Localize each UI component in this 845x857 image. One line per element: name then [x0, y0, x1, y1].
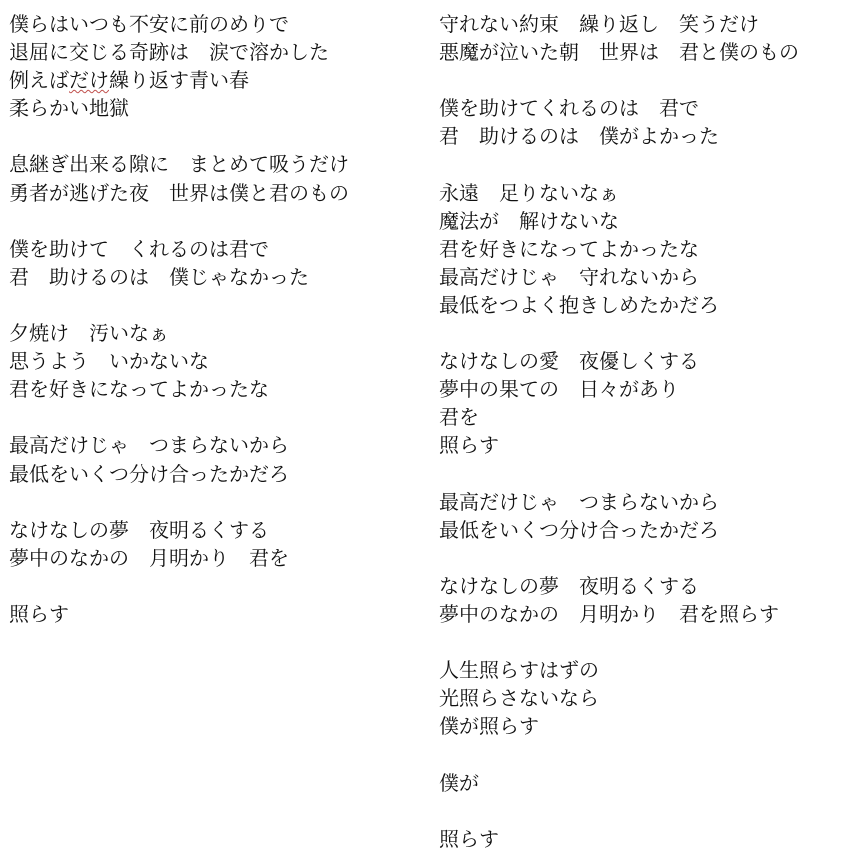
lyric-line: 夢中のなかの 月明かり 君を: [9, 544, 419, 572]
blank-line: [439, 544, 839, 572]
lyric-line: 退屈に交じる奇跡は 涙で溶かした: [9, 38, 419, 66]
blank-line: [9, 488, 419, 516]
lyric-line: 最低をいくつ分け合ったかだろ: [439, 516, 839, 544]
blank-line: [439, 150, 839, 178]
blank-line: [9, 403, 419, 431]
lyric-line: 照らす: [439, 825, 839, 853]
lyric-line: 僕が: [439, 769, 839, 797]
lyrics-right-column: 守れない約束 繰り返し 笑うだけ 悪魔が泣いた朝 世界は 君と僕のもの 僕を助け…: [439, 10, 839, 853]
lyric-line: 君を好きになってよかったな: [439, 235, 839, 263]
blank-line: [9, 122, 419, 150]
lyric-line: 守れない約束 繰り返し 笑うだけ: [439, 10, 839, 38]
lyric-line: なけなしの夢 夜明るくする: [439, 572, 839, 600]
blank-line: [439, 319, 839, 347]
lyric-line: 勇者が逃げた夜 世界は僕と君のもの: [9, 179, 419, 207]
blank-line: [439, 740, 839, 768]
lyric-line: 照らす: [9, 600, 419, 628]
lyric-line: 夢中のなかの 月明かり 君を照らす: [439, 600, 839, 628]
blank-line: [439, 797, 839, 825]
lyric-line: 人生照らすはずの: [439, 656, 839, 684]
lyric-line: 最低をつよく抱きしめたかだろ: [439, 291, 839, 319]
spellcheck-underlined-word[interactable]: だけ: [69, 68, 109, 92]
lyric-line: 光照らさないなら: [439, 684, 839, 712]
lyric-line: 夢中の果ての 日々があり: [439, 375, 839, 403]
lyric-line: 最高だけじゃ 守れないから: [439, 263, 839, 291]
blank-line: [439, 460, 839, 488]
lyric-line-with-spellcheck: 例えばだけ繰り返す青い春: [9, 66, 419, 94]
blank-line: [9, 572, 419, 600]
lyric-line: 君 助けるのは 僕じゃなかった: [9, 263, 419, 291]
lyric-line: 魔法が 解けないな: [439, 207, 839, 235]
lyric-line: なけなしの愛 夜優しくする: [439, 347, 839, 375]
lyric-line: 永遠 足りないなぁ: [439, 179, 839, 207]
lyric-line: 君を好きになってよかったな: [9, 375, 419, 403]
blank-line: [439, 628, 839, 656]
lyric-line: 僕が照らす: [439, 712, 839, 740]
lyric-segment: 例えば: [9, 68, 69, 92]
lyric-line: 君 助けるのは 僕がよかった: [439, 122, 839, 150]
lyric-line: 息継ぎ出来る隙に まとめて吸うだけ: [9, 150, 419, 178]
blank-line: [9, 291, 419, 319]
lyric-segment: 繰り返す青い春: [109, 68, 249, 92]
blank-line: [439, 66, 839, 94]
lyric-line: 僕を助けて くれるのは君で: [9, 235, 419, 263]
lyric-line: 照らす: [439, 431, 839, 459]
lyric-line: 僕を助けてくれるのは 君で: [439, 94, 839, 122]
lyric-line: 夕焼け 汚いなぁ: [9, 319, 419, 347]
lyric-line: 僕らはいつも不安に前のめりで: [9, 10, 419, 38]
lyric-line: 思うよう いかないな: [9, 347, 419, 375]
lyric-line: なけなしの夢 夜明るくする: [9, 516, 419, 544]
lyric-line: 最高だけじゃ つまらないから: [439, 488, 839, 516]
lyric-line: 悪魔が泣いた朝 世界は 君と僕のもの: [439, 38, 839, 66]
blank-line: [9, 207, 419, 235]
lyrics-left-column: 僕らはいつも不安に前のめりで 退屈に交じる奇跡は 涙で溶かした 例えばだけ繰り返…: [9, 10, 419, 628]
lyric-line: 君を: [439, 403, 839, 431]
lyric-line: 柔らかい地獄: [9, 94, 419, 122]
lyric-line: 最高だけじゃ つまらないから: [9, 431, 419, 459]
lyric-line: 最低をいくつ分け合ったかだろ: [9, 460, 419, 488]
